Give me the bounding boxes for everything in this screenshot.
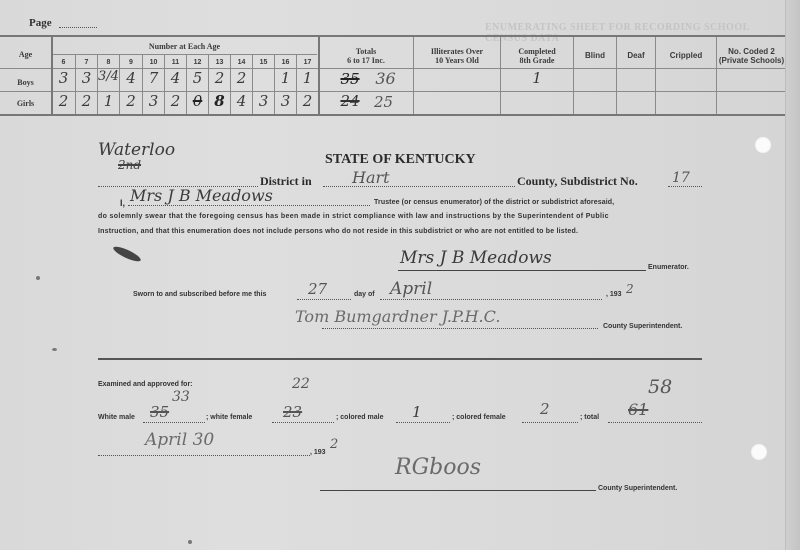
boys-total: 36 — [368, 69, 403, 88]
completed-header-sub: 8th Grade — [501, 56, 573, 65]
white-male-line — [143, 422, 205, 423]
girls-count-cell: 1 — [98, 92, 119, 110]
superintendent-line — [322, 328, 598, 329]
approval-superintendent-label: County Superintendent. — [598, 485, 677, 492]
age-col-header: 7 — [76, 58, 97, 67]
section-divider — [98, 358, 702, 360]
girls-count-cell: 4 — [231, 92, 252, 110]
row-label-boys: Boys — [0, 78, 51, 87]
age-col-header: 11 — [165, 58, 186, 67]
illiterates-header: Illiterates Over 10 Years Old — [414, 47, 500, 65]
colored-female-value: 2 — [540, 400, 550, 418]
girls-count-cell: 2 — [120, 92, 142, 110]
age-col-header: 14 — [231, 58, 252, 67]
year-prefix: , 193 — [606, 291, 622, 298]
age-header: Age — [0, 50, 51, 59]
colored-female-label: ; colored female — [452, 414, 506, 421]
completed-header: Completed 8th Grade — [501, 47, 573, 65]
total-label: ; total — [580, 414, 599, 421]
subdistrict-number: 17 — [672, 170, 690, 186]
girls-count-cell: 2 — [297, 92, 318, 110]
boys-count-cell: 3 — [76, 69, 97, 87]
colored-male-value: 1 — [412, 403, 422, 421]
girls-count-cell: 3 — [253, 92, 274, 110]
blind-header: Blind — [574, 51, 616, 60]
district-name-struck: 2nd — [118, 158, 141, 172]
i-label: I, — [120, 198, 125, 208]
boys-count-cell: 1 — [297, 69, 318, 87]
girls-total-struck: 24 — [330, 92, 370, 110]
age-col-header: 13 — [209, 58, 230, 67]
total-line — [608, 422, 702, 423]
boys-count-cell: 1 — [275, 69, 296, 87]
trustee-line — [128, 205, 370, 206]
white-male-value: 33 — [172, 389, 190, 405]
colored-male-line — [396, 422, 450, 423]
ink-smudge — [112, 244, 143, 264]
approval-year-digit: 2 — [330, 437, 338, 452]
row-label-girls: Girls — [0, 99, 51, 108]
approval-heading: Examined and approved for: — [98, 381, 193, 388]
white-female-value: 22 — [292, 376, 310, 392]
coded-header-label: No. Coded 2 — [717, 47, 786, 56]
county-subdistrict-label: County, Subdistrict No. — [517, 174, 638, 189]
table-rule — [573, 37, 574, 114]
totals-header: Totals 6 to 17 Inc. — [319, 47, 413, 65]
table-rule — [655, 37, 656, 114]
white-male-struck: 35 — [150, 403, 169, 421]
census-table: Age Number at Each Age 6 7 8 9 10 11 12 … — [0, 35, 786, 116]
page-number-line — [59, 27, 97, 28]
sworn-label: Sworn to and subscribed before me this — [133, 291, 266, 298]
total-value: 58 — [648, 376, 672, 398]
age-col-header: 15 — [253, 58, 274, 67]
white-male-label: White male — [98, 414, 135, 421]
oath-line-1: Trustee (or census enumerator) of the di… — [374, 199, 614, 206]
approval-signature: RGboos — [395, 455, 481, 480]
boys-count-cell: 5 — [187, 69, 208, 87]
boys-count-cell: 2 — [231, 69, 252, 87]
boys-count-cell: 4 — [120, 69, 142, 87]
girls-count-cell: 3 — [275, 92, 296, 110]
illiterates-header-label: Illiterates Over — [414, 47, 500, 56]
boys-count-cell: 4 — [165, 69, 186, 87]
enumerator-signature: Mrs J B Meadows — [400, 248, 552, 268]
sworn-month-line — [380, 299, 602, 300]
sworn-year-digit: 2 — [626, 282, 634, 296]
boys-completed-8th: 1 — [501, 69, 573, 87]
number-at-each-age-header: Number at Each Age — [52, 42, 317, 51]
punch-hole-bottom — [750, 443, 768, 461]
year-prefix-text: 193 — [610, 291, 622, 298]
day-of-label: day of — [354, 291, 375, 298]
illiterates-header-sub: 10 Years Old — [414, 56, 500, 65]
sworn-day: 27 — [308, 280, 327, 298]
county-value: Hart — [352, 168, 390, 187]
total-struck: 61 — [628, 400, 648, 419]
approval-signature-line — [320, 490, 596, 491]
oath-line-3: Instruction, and that this enumeration d… — [98, 228, 578, 235]
page-label: Page — [29, 17, 52, 29]
deaf-header: Deaf — [617, 51, 655, 60]
boys-count-cell: 3 — [52, 69, 75, 87]
white-female-struck: 23 — [283, 403, 302, 421]
approval-date: April 30 — [145, 430, 214, 450]
crippled-header: Crippled — [656, 51, 716, 60]
approval-year-prefix-text: 193 — [314, 449, 326, 456]
age-col-header: 10 — [143, 58, 164, 67]
coded-header-sub: (Private Schools) — [717, 56, 786, 65]
girls-count-cell: 8 — [209, 92, 230, 110]
approval-year-prefix: , 193 — [310, 449, 326, 456]
girls-count-cell: 0 — [187, 92, 208, 110]
table-rule — [616, 37, 617, 114]
paper-speck — [36, 276, 40, 280]
age-col-header: 17 — [297, 58, 318, 67]
age-col-header: 16 — [275, 58, 296, 67]
white-female-line — [272, 422, 334, 423]
enumerator-label: Enumerator. — [648, 264, 689, 271]
document-title: STATE OF KENTUCKY — [325, 152, 476, 168]
boys-count-cell: 2 — [209, 69, 230, 87]
boys-total-struck: 35 — [330, 70, 370, 88]
superintendent-signature: Tom Bumgardner J.P.H.C. — [295, 307, 500, 326]
sworn-day-line — [297, 299, 351, 300]
district-name: Waterloo — [98, 140, 175, 160]
punch-hole-top — [754, 136, 772, 154]
girls-count-cell: 3 — [143, 92, 164, 110]
superintendent-label: County Superintendent. — [603, 323, 682, 330]
sworn-month: April — [390, 279, 432, 299]
girls-count-cell: 2 — [165, 92, 186, 110]
coded-header: No. Coded 2 (Private Schools) — [717, 47, 786, 65]
age-col-header: 12 — [187, 58, 208, 67]
boys-count-cell: 3/4 — [98, 69, 119, 84]
girls-count-cell: 2 — [76, 92, 97, 110]
trustee-name: Mrs J B Meadows — [130, 186, 273, 205]
girls-total: 25 — [366, 93, 401, 111]
colored-male-label: ; colored male — [336, 414, 383, 421]
approval-date-line — [98, 455, 310, 456]
colored-female-line — [522, 422, 578, 423]
age-col-header: 8 — [98, 58, 119, 67]
subdistrict-line — [668, 186, 702, 187]
oath-line-2: do solemnly swear that the foregoing cen… — [98, 213, 609, 220]
boys-count-cell: 7 — [143, 69, 164, 87]
age-col-header: 6 — [52, 58, 75, 67]
paper-edge — [785, 0, 800, 550]
totals-header-label: Totals — [319, 47, 413, 56]
table-rule — [52, 54, 317, 55]
paper-speck — [188, 540, 192, 544]
census-document: ENUMERATING SHEET FOR RECORDING SCHOOL C… — [0, 0, 786, 550]
age-col-header: 9 — [120, 58, 142, 67]
totals-header-sub: 6 to 17 Inc. — [319, 56, 413, 65]
enumerator-signature-line — [398, 270, 646, 271]
paper-speck — [52, 348, 57, 351]
completed-header-label: Completed — [501, 47, 573, 56]
girls-count-cell: 2 — [52, 92, 75, 110]
white-female-label: ; white female — [206, 414, 252, 421]
